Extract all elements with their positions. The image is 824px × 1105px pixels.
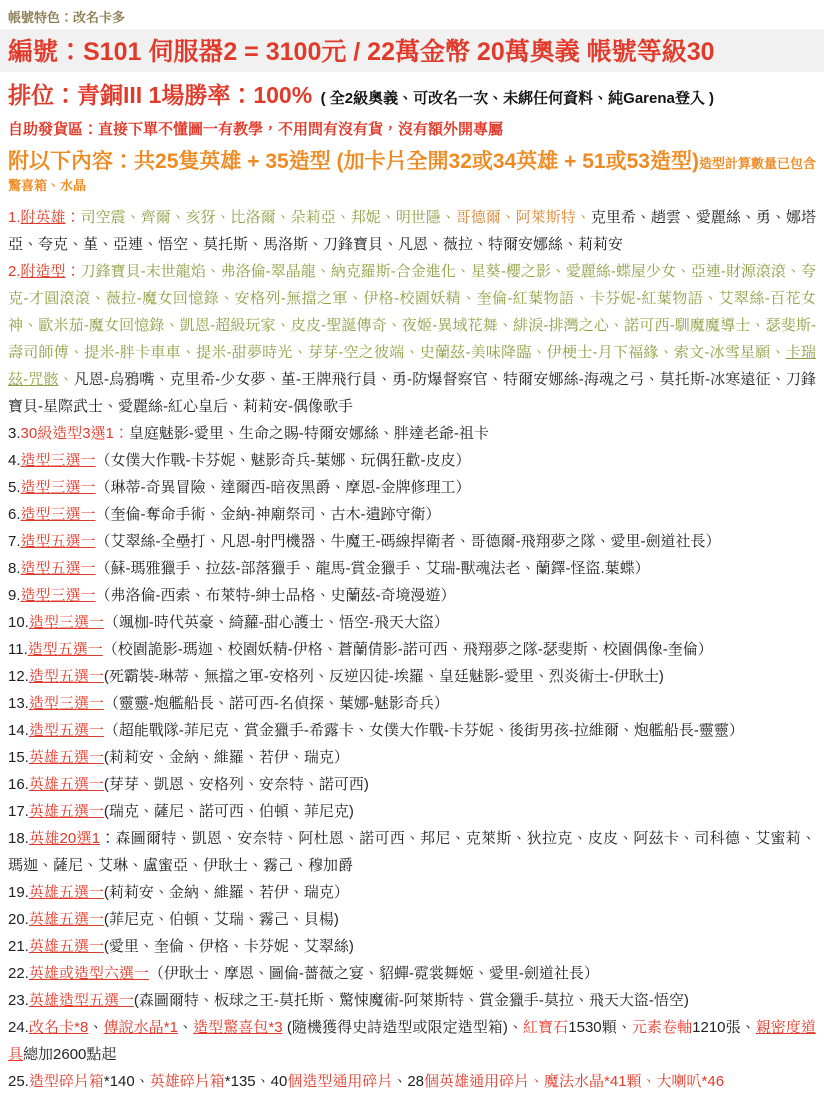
text-segment: 造型五選一 <box>21 560 96 577</box>
rank-note: ( 全2級奧義、可改名一次、未綁任何資料、純Garena登入 ) <box>321 90 714 107</box>
text-segment: 造型三選一 <box>29 695 104 712</box>
list-item: 24.改名卡*8、傳說水晶*1、造型驚喜包*3 (隨機獲得史詩造型或限定造型箱)… <box>8 1014 816 1068</box>
text-segment: （女僕大作戰-卡芬妮、魅影奇兵-葉娜、玩偶狂歡-皮皮） <box>96 452 471 469</box>
list-item: 8.造型五選一（蘇-瑪雅獵手、拉茲-部落獵手、龍馬-賞金獵手、艾瑞-獸魂法老、蘭… <box>8 555 816 582</box>
list-item: 13.造型三選一（靈靈-炮艦船長、諾可西-名偵探、葉娜-魅影奇兵） <box>8 690 816 717</box>
text-segment: 造型三選一 <box>21 479 96 496</box>
text-segment: 哥德爾、阿萊斯特、 <box>456 209 591 226</box>
text-segment: 附英雄 <box>21 209 66 226</box>
text-segment: (隨機獲得史詩造型或限定造型箱)、 <box>283 1019 523 1036</box>
text-segment: 元素卷軸 <box>632 1019 692 1036</box>
listing-title-bar: 編號：S101 伺服器2 = 3100元 / 22萬金幣 20萬奧義 帳號等級3… <box>0 29 824 72</box>
text-segment: 英雄五選一 <box>29 884 104 901</box>
list-item: 23.英雄造型五選一(森圖爾特、板球之王-莫托斯、驚悚魔術-阿萊斯特、賞金獵手-… <box>8 987 816 1014</box>
text-segment: （蘇-瑪雅獵手、拉茲-部落獵手、龍馬-賞金獵手、艾瑞-獸魂法老、蘭鐸-怪盜.葉蝶… <box>96 560 650 577</box>
text-segment: 改名卡*8 <box>29 1019 88 1036</box>
text-segment: （伊耿士、摩恩、圖倫-薔薇之宴、貂蟬-霓裳舞姬、愛里-劍道社長） <box>149 965 599 982</box>
text-segment: (愛里、奎倫、伊格、卡芬妮、艾翠絲) <box>104 938 354 955</box>
text-segment: （琳蒂-奇異冒險、達爾西-暗夜黑爵、摩恩-金牌修理工） <box>96 479 471 496</box>
text-segment: （靈靈-炮艦船長、諾可西-名偵探、葉娜-魅影奇兵） <box>104 695 449 712</box>
text-segment: 、 <box>178 1019 193 1036</box>
text-segment: 造型三選一 <box>29 614 104 631</box>
text-segment: 、 <box>59 371 74 388</box>
text-segment: 森圖爾特、凱恩、安奈特、阿杜恩、諾可西、邦尼、克萊斯、狄拉克、皮皮、阿茲卡、司科… <box>8 830 816 874</box>
text-segment: （校園詭影-瑪迦、校園妖精-伊格、蒼蘭倩影-諾可西、飛翔夢之隊-瑟斐斯、校園偶像… <box>103 641 713 658</box>
text-segment: 16. <box>8 776 29 793</box>
rank-line: 排位：青銅III 1場勝率：100% ( 全2級奧義、可改名一次、未綁任何資料、… <box>0 72 824 110</box>
text-segment: 造型五選一 <box>29 668 104 685</box>
text-segment: 英雄五選一 <box>29 911 104 928</box>
list-item: 11.造型五選一（校園詭影-瑪迦、校園妖精-伊格、蒼蘭倩影-諾可西、飛翔夢之隊-… <box>8 636 816 663</box>
text-segment: 、28 <box>392 1073 424 1090</box>
rank-text: 排位：青銅III 1場勝率：100% <box>8 82 312 108</box>
text-segment: 1530顆、 <box>568 1019 632 1036</box>
text-segment: 造型五選一 <box>28 641 103 658</box>
text-segment: (死霸裝-琳蒂、無擋之軍-安格列、反逆囚徒-埃羅、皇廷魅影-愛里、烈炎術士-伊耿… <box>104 668 664 685</box>
text-segment: (瑞克、薩尼、諾可西、伯頓、菲尼克) <box>104 803 354 820</box>
list-item: 22.英雄或造型六選一（伊耿士、摩恩、圖倫-薔薇之宴、貂蟬-霓裳舞姬、愛里-劍道… <box>8 960 816 987</box>
text-segment: (莉莉安、金納、維羅、若伊、瑞克） <box>104 749 349 766</box>
text-segment: 凡恩-烏鴉嘴、克里希-少女夢、堇-王牌飛行員、勇-防爆督察官、特爾安娜絲-海魂之… <box>8 371 816 415</box>
text-segment: 11. <box>8 641 28 658</box>
list-item: 10.造型三選一（颯枷-時代英豪、綺蘿-甜心護士、悟空-飛天大盜） <box>8 609 816 636</box>
list-item: 17.英雄五選一(瑞克、薩尼、諾可西、伯頓、菲尼克) <box>8 798 816 825</box>
list-item: 16.英雄五選一(芽芽、凱恩、安格列、安奈特、諾可西) <box>8 771 816 798</box>
text-segment: 25. <box>8 1073 29 1090</box>
list-item: 21.英雄五選一(愛里、奎倫、伊格、卡芬妮、艾翠絲) <box>8 933 816 960</box>
account-listing-page: 帳號特色：改名卡多 編號：S101 伺服器2 = 3100元 / 22萬金幣 2… <box>0 0 824 1105</box>
text-segment: （超能戰隊-菲尼克、賞金獵手-希露卡、女僕大作戰-卡芬妮、後街男孩-拉維爾、炮艦… <box>104 722 744 739</box>
list-item: 14.造型五選一（超能戰隊-菲尼克、賞金獵手-希露卡、女僕大作戰-卡芬妮、後街男… <box>8 717 816 744</box>
text-segment: 2. <box>8 263 21 280</box>
text-segment: 英雄或造型六選一 <box>29 965 149 982</box>
text-segment: 7. <box>8 533 21 550</box>
text-segment: 、 <box>88 1019 103 1036</box>
item-list: 1.附英雄：司空震、齊爾、亥犽、比洛爾、朵莉亞、邦妮、明世隱、哥德爾、阿萊斯特、… <box>0 195 824 1105</box>
text-segment: 造型三選一 <box>21 452 96 469</box>
text-segment: 英雄五選一 <box>29 803 104 820</box>
contents-summary: 附以下內容：共25隻英雄 + 35造型 (加卡片全開32或34英雄 + 51或5… <box>0 139 824 195</box>
text-segment: 英雄五選一 <box>29 776 104 793</box>
text-segment: 14. <box>8 722 29 739</box>
text-segment: 總加2600點起 <box>23 1046 116 1063</box>
text-segment: 英雄五選一 <box>29 938 104 955</box>
text-segment: 造型五選一 <box>21 533 96 550</box>
text-segment: 英雄造型五選一 <box>29 992 134 1009</box>
list-item: 4.造型三選一（女僕大作戰-卡芬妮、魅影奇兵-葉娜、玩偶狂歡-皮皮） <box>8 447 816 474</box>
text-segment: (菲尼克、伯頓、艾瑞、霧己、貝楊) <box>104 911 339 928</box>
text-segment: (森圖爾特、板球之王-莫托斯、驚悚魔術-阿萊斯特、賞金獵手-莫拉、飛天大盜-悟空… <box>134 992 689 1009</box>
list-item: 6.造型三選一（奎倫-奪命手術、金納-神廟祭司、古木-遺跡守衛） <box>8 501 816 528</box>
text-segment: 24. <box>8 1019 29 1036</box>
text-segment: (芽芽、凱恩、安格列、安奈特、諾可西) <box>104 776 369 793</box>
text-segment: 個造型通用碎片 <box>287 1073 392 1090</box>
text-segment: 造型五選一 <box>29 722 104 739</box>
list-item: 9.造型三選一（弗洛倫-西索、布萊特-紳士品格、史蘭茲-奇境漫遊） <box>8 582 816 609</box>
list-item: 5.造型三選一（琳蒂-奇異冒險、達爾西-暗夜黑爵、摩恩-金牌修理工） <box>8 474 816 501</box>
text-segment: ： <box>66 263 81 280</box>
text-segment: 造型碎片箱 <box>29 1073 104 1090</box>
contents-main-text: 附以下內容：共25隻英雄 + 35造型 (加卡片全開32或34英雄 + 51或5… <box>8 150 699 173</box>
text-segment: 22. <box>8 965 29 982</box>
text-segment: （颯枷-時代英豪、綺蘿-甜心護士、悟空-飛天大盜） <box>104 614 449 631</box>
text-segment: 司空震、齊爾、亥犽、比洛爾、朵莉亞、邦妮、明世隱、 <box>81 209 456 226</box>
text-segment: 18. <box>8 830 29 847</box>
text-segment: 造型驚喜包*3 <box>193 1019 283 1036</box>
text-segment: 13. <box>8 695 29 712</box>
list-item: 25.造型碎片箱*140、英雄碎片箱*135、40個造型通用碎片、28個英雄通用… <box>8 1068 816 1095</box>
text-segment: 5. <box>8 479 21 496</box>
text-segment: 23. <box>8 992 29 1009</box>
text-segment: 12. <box>8 668 29 685</box>
text-segment: 造型三選一 <box>21 506 96 523</box>
text-segment: （弗洛倫-西索、布萊特-紳士品格、史蘭茲-奇境漫遊） <box>96 587 456 604</box>
list-item: 15.英雄五選一(莉莉安、金納、維羅、若伊、瑞克） <box>8 744 816 771</box>
text-segment: 附造型 <box>21 263 66 280</box>
text-segment: 17. <box>8 803 29 820</box>
text-segment: 4. <box>8 452 21 469</box>
list-item: 19.英雄五選一(莉莉安、金納、維羅、若伊、瑞克） <box>8 879 816 906</box>
text-segment: 10. <box>8 614 29 631</box>
text-segment: 3. <box>8 425 21 442</box>
text-segment: ： <box>100 830 115 847</box>
text-segment: 英雄20選1 <box>29 830 100 847</box>
text-segment: 1210張、 <box>692 1019 756 1036</box>
text-segment: *135、40 <box>225 1073 288 1090</box>
list-item: 12.造型五選一(死霸裝-琳蒂、無擋之軍-安格列、反逆囚徒-埃羅、皇廷魅影-愛里… <box>8 663 816 690</box>
text-segment: 30級造型3選1： <box>21 425 129 442</box>
text-segment: (莉莉安、金納、維羅、若伊、瑞克） <box>104 884 349 901</box>
text-segment: 刀鋒寶貝-末世龍焰、弗洛倫-翠晶龍、納克羅斯-合金進化、星葵-櫻之影、愛麗絲-蝶… <box>8 263 816 361</box>
self-service-note: 自助發貨區：直接下單不懂圖一有教學，不用問有沒有貨，沒有額外開專屬 <box>0 110 824 139</box>
list-item: 20.英雄五選一(菲尼克、伯頓、艾瑞、霧己、貝楊) <box>8 906 816 933</box>
list-item: 2.附造型：刀鋒寶貝-末世龍焰、弗洛倫-翠晶龍、納克羅斯-合金進化、星葵-櫻之影… <box>8 258 816 420</box>
text-segment: 15. <box>8 749 29 766</box>
text-segment: ： <box>66 209 81 226</box>
text-segment: 6. <box>8 506 21 523</box>
text-segment: （奎倫-奪命手術、金納-神廟祭司、古木-遺跡守衛） <box>96 506 441 523</box>
text-segment: *140、 <box>104 1073 150 1090</box>
text-segment: 英雄五選一 <box>29 749 104 766</box>
text-segment: 21. <box>8 938 29 955</box>
list-item: 18.英雄20選1：森圖爾特、凱恩、安奈特、阿杜恩、諾可西、邦尼、克萊斯、狄拉克… <box>8 825 816 879</box>
text-segment: 傳說水晶*1 <box>103 1019 177 1036</box>
text-segment: 19. <box>8 884 29 901</box>
list-item: 7.造型五選一（艾翠絲-全壘打、凡恩-射門機器、牛魔王-碼線捍衛者、哥德爾-飛翔… <box>8 528 816 555</box>
text-segment: 8. <box>8 560 21 577</box>
list-item: 1.附英雄：司空震、齊爾、亥犽、比洛爾、朵莉亞、邦妮、明世隱、哥德爾、阿萊斯特、… <box>8 204 816 258</box>
account-feature-note: 帳號特色：改名卡多 <box>0 0 824 29</box>
text-segment: 皇庭魅影-愛里、生命之賜-特爾安娜絲、胖達老爺-祖卡 <box>129 425 489 442</box>
listing-title: 編號：S101 伺服器2 = 3100元 / 22萬金幣 20萬奧義 帳號等級3… <box>8 38 715 66</box>
text-segment: 英雄碎片箱 <box>150 1073 225 1090</box>
text-segment: （艾翠絲-全壘打、凡恩-射門機器、牛魔王-碼線捍衛者、哥德爾-飛翔夢之隊、愛里-… <box>96 533 721 550</box>
text-segment: 造型三選一 <box>21 587 96 604</box>
text-segment: 個英雄通用碎片、魔法水晶*41顆、大喇叭*46 <box>424 1073 724 1090</box>
list-item: 3.30級造型3選1：皇庭魅影-愛里、生命之賜-特爾安娜絲、胖達老爺-祖卡 <box>8 420 816 447</box>
text-segment: 9. <box>8 587 21 604</box>
text-segment: 20. <box>8 911 29 928</box>
text-segment: 紅寶石 <box>523 1019 568 1036</box>
text-segment: 1. <box>8 209 21 226</box>
